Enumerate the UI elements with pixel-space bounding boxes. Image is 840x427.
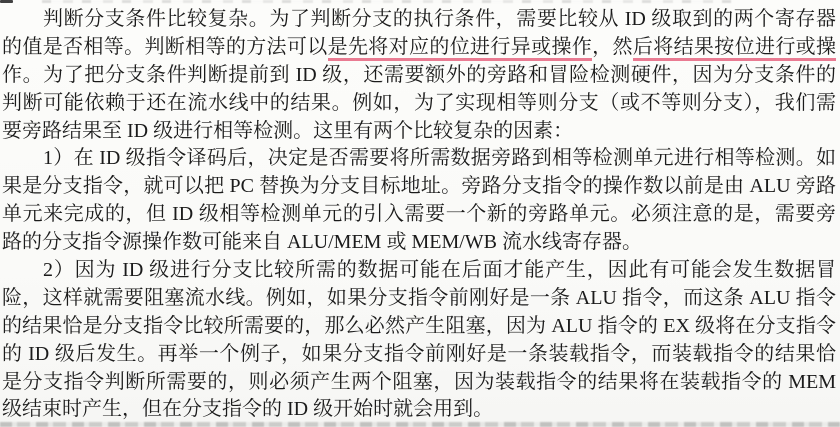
text-line: 作。为了把分支条件判断提前到 ID 级，还需要额外的旁路和冒险检测硬件，因为分支…	[2, 62, 836, 90]
text-line: 判断可能依赖于还在流水线中的结果。例如，为了实现相等则分支（或不等则分支），我们…	[2, 90, 836, 118]
text-line: 的 ID 级后发生。再举一个例子，如果分支指令前刚好是一条装载指令，而装载指令的…	[2, 341, 836, 369]
text-segment: 的结果恰是分支指令比较所需要的，那么必然产生阻塞，因为 ALU 指令的 EX 级…	[2, 315, 836, 337]
text-segment: 险，这样就需要阻塞流水线。例如，如果分支指令前刚好是一条 ALU 指令，而这条 …	[2, 287, 836, 309]
scanned-book-page: 判断分支条件比较复杂。为了判断分支的执行条件，需要比较从 ID 级取到的两个寄存…	[0, 0, 840, 427]
text-segment: ，然	[592, 36, 633, 58]
text-line: 路的分支指令源操作数可能来自 ALU/MEM 或 MEM/WB 流水线寄存器。	[2, 229, 836, 257]
red-underlined-phrase: 是先将对应的位进行异或操作	[328, 36, 593, 61]
body-text: 判断分支条件比较复杂。为了判断分支的执行条件，需要比较从 ID 级取到的两个寄存…	[2, 6, 836, 424]
text-line: 的值是否相等。判断相等的方法可以是先将对应的位进行异或操作，然后将结果按位进行或…	[2, 34, 836, 62]
text-segment: 果是分支指令，就可以把 PC 替换为分支目标地址。旁路分支指令的操作数以前是由 …	[2, 175, 836, 197]
text-line: 要旁路结果至 ID 级进行相等检测。这里有两个比较复杂的因素：	[2, 118, 836, 146]
text-segment: 单元来完成的，但 ID 级相等检测单元的引入需要一个新的旁路单元。必须注意的是，…	[2, 203, 836, 225]
text-line: 险，这样就需要阻塞流水线。例如，如果分支指令前刚好是一条 ALU 指令，而这条 …	[2, 285, 836, 313]
text-line: 果是分支指令，就可以把 PC 替换为分支目标地址。旁路分支指令的操作数以前是由 …	[2, 173, 836, 201]
text-segment: 判断分支条件比较复杂。为了判断分支的执行条件，需要比较从 ID 级取到的两个寄存…	[43, 8, 836, 30]
text-line: 单元来完成的，但 ID 级相等检测单元的引入需要一个新的旁路单元。必须注意的是，…	[2, 201, 836, 229]
next-line-cutoff-remnant	[0, 422, 840, 427]
text-segment: 是分支指令判断所需要的，则必须产生两个阻塞，因为装载指令的结果将在装载指令的 M…	[2, 371, 836, 393]
text-line-list-item-2: 2）因为 ID 级进行分支比较所需的数据可能在后面才能产生，因此有可能会发生数据…	[2, 257, 836, 285]
red-underlined-phrase: 后将结果按位进行或操	[633, 36, 836, 61]
text-segment: 的 ID 级后发生。再举一个例子，如果分支指令前刚好是一条装载指令，而装载指令的…	[2, 343, 836, 365]
previous-line-cutoff-remnant	[42, 0, 732, 3]
text-segment: 作。为了把分支条件判断提前到 ID 级，还需要额外的旁路和冒险检测硬件，因为分支…	[2, 64, 836, 86]
text-segment: 要旁路结果至 ID 级进行相等检测。这里有两个比较复杂的因素：	[2, 120, 573, 142]
text-line-list-item-1: 1）在 ID 级指令译码后，决定是否需要将所需数据旁路到相等检测单元进行相等检测…	[2, 145, 836, 173]
text-line: 判断分支条件比较复杂。为了判断分支的执行条件，需要比较从 ID 级取到的两个寄存…	[2, 6, 836, 34]
text-segment: 路的分支指令源操作数可能来自 ALU/MEM 或 MEM/WB 流水线寄存器。	[2, 231, 642, 253]
previous-line-cutoff-mark	[0, 0, 13, 3]
text-line: 的结果恰是分支指令比较所需要的，那么必然产生阻塞，因为 ALU 指令的 EX 级…	[2, 313, 836, 341]
text-segment: 2）因为 ID 级进行分支比较所需的数据可能在后面才能产生，因此有可能会发生数据…	[43, 259, 836, 281]
text-segment: 级结束时产生，但在分支指令的 ID 级开始时就会用到。	[2, 398, 493, 420]
text-segment: 1）在 ID 级指令译码后，决定是否需要将所需数据旁路到相等检测单元进行相等检测…	[43, 147, 836, 169]
text-segment: 判断可能依赖于还在流水线中的结果。例如，为了实现相等则分支（或不等则分支），我们…	[2, 92, 836, 114]
text-line: 级结束时产生，但在分支指令的 ID 级开始时就会用到。	[2, 396, 836, 424]
text-segment: 的值是否相等。判断相等的方法可以	[2, 36, 328, 58]
text-line: 是分支指令判断所需要的，则必须产生两个阻塞，因为装载指令的结果将在装载指令的 M…	[2, 369, 836, 397]
